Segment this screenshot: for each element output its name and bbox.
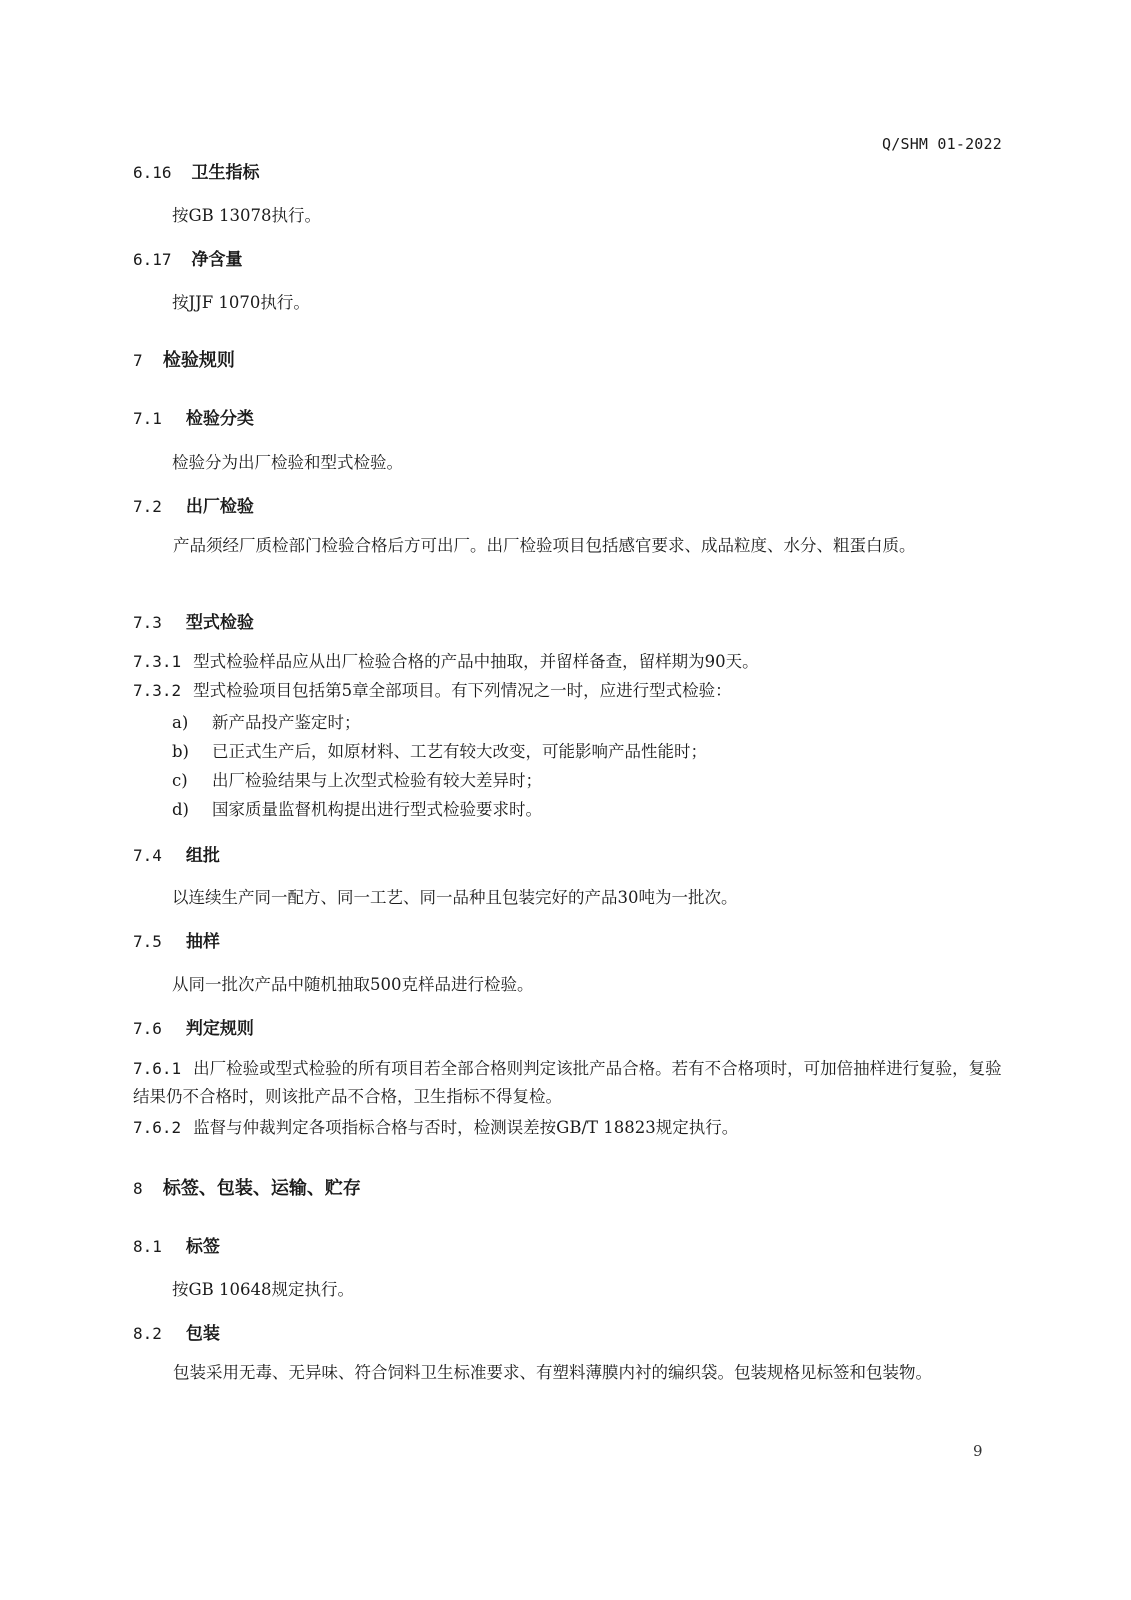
heading-number: 8 bbox=[133, 1179, 143, 1198]
heading-number: 7.3 bbox=[133, 613, 162, 632]
clause-text: 型式检验项目包括第5章全部项目。有下列情况之一时，应进行型式检验： bbox=[193, 681, 732, 700]
heading-title: 卫生指标 bbox=[191, 163, 259, 183]
list-text: 已正式生产后，如原材料、工艺有较大改变，可能影响产品性能时； bbox=[212, 742, 707, 761]
paragraph-8-1: 按GB 10648规定执行。 bbox=[172, 1276, 354, 1300]
heading-7-3: 7.3 型式检验 bbox=[133, 608, 254, 633]
list-label: a) bbox=[172, 713, 212, 732]
heading-7-5: 7.5 抽样 bbox=[133, 927, 220, 952]
heading-8: 8 标签、包装、运输、贮存 bbox=[133, 1174, 361, 1200]
heading-title: 型式检验 bbox=[186, 613, 254, 633]
heading-number: 7.2 bbox=[133, 497, 162, 516]
document-page: Q/SHM 01-2022 6.16 卫生指标 按GB 13078执行。 6.1… bbox=[0, 0, 1131, 1600]
paragraph-7-1: 检验分为出厂检验和型式检验。 bbox=[172, 449, 403, 473]
heading-6-16: 6.16 卫生指标 bbox=[133, 158, 259, 183]
heading-number: 7.5 bbox=[133, 932, 162, 951]
list-label: d) bbox=[172, 800, 212, 819]
heading-title: 检验分类 bbox=[186, 409, 254, 429]
heading-number: 7.6 bbox=[133, 1019, 162, 1038]
paragraph-7-2: 产品须经厂质检部门检验合格后方可出厂。出厂检验项目包括感官要求、成品粒度、水分、… bbox=[133, 532, 1005, 560]
paragraph-6-16: 按GB 13078执行。 bbox=[172, 202, 321, 226]
heading-title: 组批 bbox=[186, 846, 220, 866]
heading-7-1: 7.1 检验分类 bbox=[133, 404, 254, 429]
list-item-b: b)已正式生产后，如原材料、工艺有较大改变，可能影响产品性能时； bbox=[172, 738, 707, 762]
heading-title: 包装 bbox=[186, 1324, 220, 1344]
clause-text: 监督与仲裁判定各项指标合格与否时，检测误差按GB/T 18823规定执行。 bbox=[193, 1118, 738, 1137]
heading-number: 7 bbox=[133, 351, 143, 370]
list-item-a: a)新产品投产鉴定时； bbox=[172, 709, 361, 733]
clause-number: 7.6.2 bbox=[133, 1118, 181, 1137]
list-item-d: d)国家质量监督机构提出进行型式检验要求时。 bbox=[172, 796, 542, 820]
heading-number: 7.1 bbox=[133, 409, 162, 428]
paragraph-7-4: 以连续生产同一配方、同一工艺、同一品种且包装完好的产品30吨为一批次。 bbox=[172, 884, 738, 908]
paragraph-7-5: 从同一批次产品中随机抽取500克样品进行检验。 bbox=[172, 971, 534, 995]
heading-number: 8.2 bbox=[133, 1324, 162, 1343]
paragraph-8-2: 包装采用无毒、无异味、符合饲料卫生标准要求、有塑料薄膜内衬的编织袋。包装规格见标… bbox=[133, 1359, 1005, 1387]
heading-number: 7.4 bbox=[133, 846, 162, 865]
document-code: Q/SHM 01-2022 bbox=[882, 135, 1002, 153]
heading-title: 净含量 bbox=[191, 250, 242, 270]
heading-title: 抽样 bbox=[186, 932, 220, 952]
clause-text: 出厂检验或型式检验的所有项目若全部合格则判定该批产品合格。若有不合格项时，可加倍… bbox=[133, 1059, 1002, 1106]
heading-7-2: 7.2 出厂检验 bbox=[133, 492, 254, 517]
clause-number: 7.6.1 bbox=[133, 1059, 181, 1078]
heading-8-1: 8.1 标签 bbox=[133, 1232, 220, 1257]
heading-title: 判定规则 bbox=[186, 1019, 254, 1039]
list-text: 出厂检验结果与上次型式检验有较大差异时； bbox=[212, 771, 542, 790]
heading-7: 7 检验规则 bbox=[133, 346, 235, 372]
list-label: c) bbox=[172, 771, 212, 790]
heading-number: 6.17 bbox=[133, 250, 172, 269]
clause-text: 型式检验样品应从出厂检验合格的产品中抽取，并留样备查，留样期为90天。 bbox=[193, 652, 759, 671]
heading-8-2: 8.2 包装 bbox=[133, 1319, 220, 1344]
clause-7-6-2: 7.6.2监督与仲裁判定各项指标合格与否时，检测误差按GB/T 18823规定执… bbox=[133, 1114, 1005, 1142]
heading-7-6: 7.6 判定规则 bbox=[133, 1014, 254, 1039]
clause-7-6-1: 7.6.1出厂检验或型式检验的所有项目若全部合格则判定该批产品合格。若有不合格项… bbox=[133, 1055, 1005, 1111]
page-number: 9 bbox=[973, 1442, 983, 1460]
heading-title: 标签、包装、运输、贮存 bbox=[163, 1178, 361, 1199]
clause-number: 7.3.1 bbox=[133, 652, 181, 671]
heading-number: 8.1 bbox=[133, 1237, 162, 1256]
list-text: 新产品投产鉴定时； bbox=[212, 713, 361, 732]
heading-7-4: 7.4 组批 bbox=[133, 841, 220, 866]
heading-title: 标签 bbox=[186, 1237, 220, 1257]
clause-number: 7.3.2 bbox=[133, 681, 181, 700]
heading-title: 出厂检验 bbox=[186, 497, 254, 517]
clause-7-3-2: 7.3.2型式检验项目包括第5章全部项目。有下列情况之一时，应进行型式检验： bbox=[133, 677, 1005, 705]
list-label: b) bbox=[172, 742, 212, 761]
heading-number: 6.16 bbox=[133, 163, 172, 182]
list-text: 国家质量监督机构提出进行型式检验要求时。 bbox=[212, 800, 542, 819]
clause-7-3-1: 7.3.1型式检验样品应从出厂检验合格的产品中抽取，并留样备查，留样期为90天。 bbox=[133, 648, 1005, 676]
list-item-c: c)出厂检验结果与上次型式检验有较大差异时； bbox=[172, 767, 542, 791]
heading-title: 检验规则 bbox=[163, 350, 235, 371]
paragraph-6-17: 按JJF 1070执行。 bbox=[172, 289, 310, 313]
heading-6-17: 6.17 净含量 bbox=[133, 245, 242, 270]
